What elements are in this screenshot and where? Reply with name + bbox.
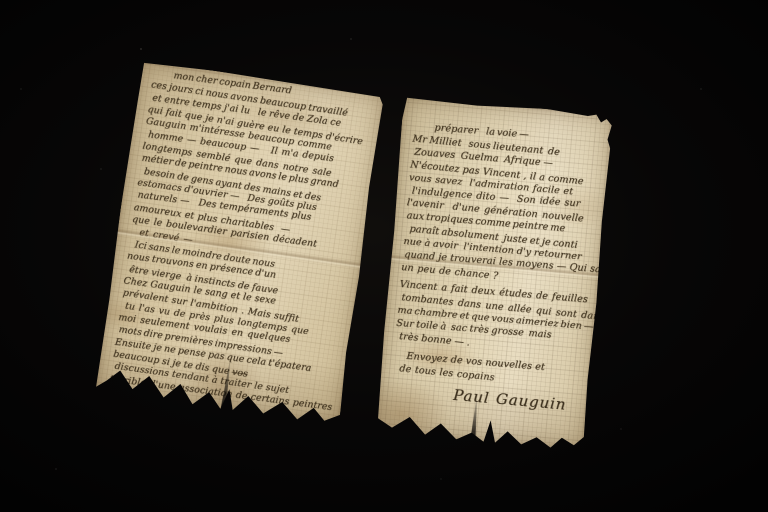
handwriting-block-left: mon cher copain Bernardces jours ci nous…: [96, 61, 385, 418]
dust-specks: [140, 48, 142, 50]
handwriting-block-right: préparer la voie —Mr Milliet sous lieute…: [378, 96, 614, 415]
letter-page-right: préparer la voie —Mr Milliet sous lieute…: [375, 96, 614, 450]
letter-page-left: mon cher copain Bernardces jours ci nous…: [95, 61, 385, 426]
photo-black-velvet-background: mon cher copain Bernardces jours ci nous…: [0, 0, 768, 512]
paper-right: préparer la voie —Mr Milliet sous lieute…: [375, 96, 614, 450]
paper-left: mon cher copain Bernardces jours ci nous…: [95, 61, 385, 426]
